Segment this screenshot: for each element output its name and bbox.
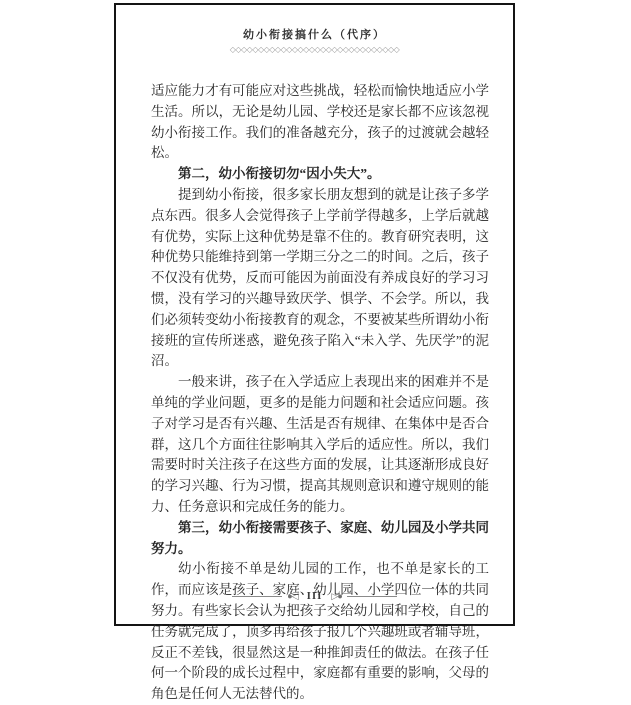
footer-arrow-left-icon: ●◁ [287, 592, 297, 601]
paragraph: 提到幼小衔接，很多家长朋友想到的就是让孩子多学点东西。很多人会觉得孩子上学前学得… [151, 185, 489, 372]
footer-rule-right [347, 596, 397, 597]
paragraph: 适应能力才有可能应对这些挑战，轻松而愉快地适应小学生活。所以，无论是幼儿园、学校… [151, 81, 489, 164]
section-heading: 第三，幼小衔接需要孩子、家庭、幼儿园及小学共同努力。 [151, 518, 489, 560]
body-paragraphs: 适应能力才有可能应对这些挑战，轻松而愉快地适应小学生活。所以，无论是幼儿园、学校… [151, 81, 489, 631]
section-heading: 第二，幼小衔接切勿“因小失大”。 [151, 164, 489, 185]
paragraph: 一般来讲，孩子在入学适应上表现出来的困难并不是单纯的学业问题，更多的是能力问题和… [151, 372, 489, 518]
page-footer: ●◁ III ▷● [116, 591, 513, 602]
footer-arrow-right-icon: ▷● [331, 592, 341, 601]
header-ornament-chain-icon: ◇◇◇◇◇◇◇◇◇◇◇◇◇◇◇◇◇◇◇◇◇◇◇◇◇◇◇◇◇◇ [116, 45, 513, 54]
footer-rule-left [232, 596, 282, 597]
running-head-title: 幼小衔接搞什么（代序） [116, 26, 513, 42]
page-number: III [303, 591, 327, 602]
book-page: 幼小衔接搞什么（代序） ◇◇◇◇◇◇◇◇◇◇◇◇◇◇◇◇◇◇◇◇◇◇◇◇◇◇◇◇… [114, 3, 515, 626]
